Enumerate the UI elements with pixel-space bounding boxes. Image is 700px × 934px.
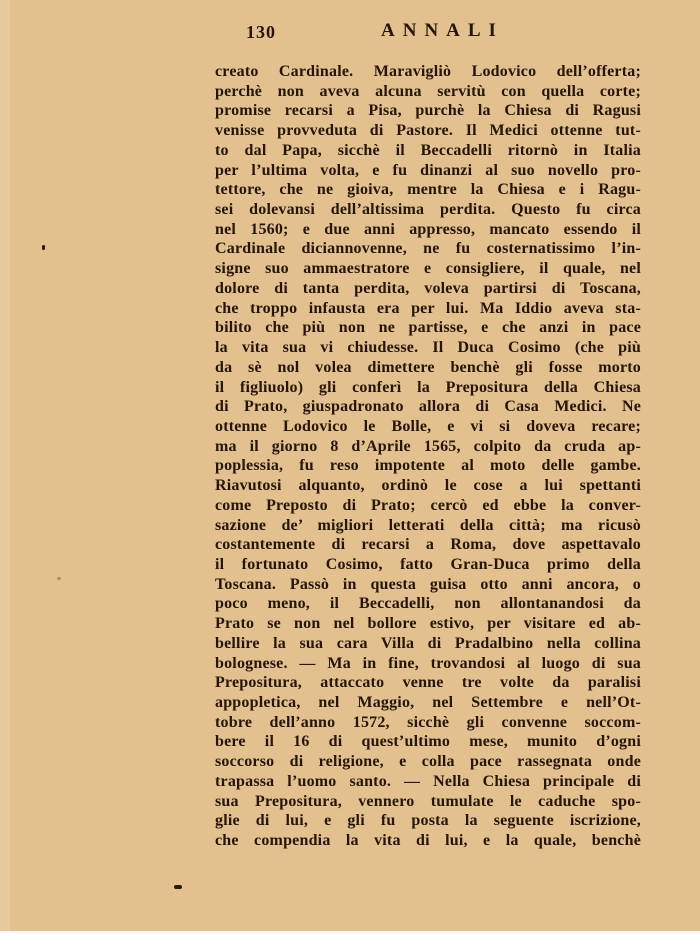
ink-speck [42,245,45,250]
text-line: da sè nol volea dimettere benchè gli fos… [215,358,641,378]
text-line: sei dolevansi dell’altissima perdita. Qu… [215,200,641,220]
text-line: ma il giorno 8 d’Aprile 1565, colpito da… [215,437,641,457]
book-page: 130 ANNALI creato Cardinale. Maravigliò … [0,0,700,934]
text-line: ottenne Lodovico le Bolle, e vi si dovev… [215,417,641,437]
text-line: come Preposto di Prato; cercò ed ebbe la… [215,496,641,516]
text-line: perchè non aveva alcuna servitù con quel… [215,82,641,102]
text-line: che compendia la vita di lui, e la quale… [215,831,641,851]
text-line: signe suo ammaestratore e consigliere, i… [215,259,641,279]
text-line: promise recarsi a Pisa, purchè la Chiesa… [215,101,641,121]
text-line: Toscana. Passò in questa guisa otto anni… [215,575,641,595]
text-line: poplessia, fu reso impotente al moto del… [215,456,641,476]
text-line: sazione de’ migliori letterati della cit… [215,516,641,536]
text-line: il figliuolo) gli conferì la Prepositura… [215,378,641,398]
text-line: glie di lui, e gli fu posta la seguente … [215,811,641,831]
text-line: tobre dell’anno 1572, sicchè gli convenn… [215,713,641,733]
ink-speck [57,577,61,580]
text-line: bolognese. — Ma in fine, trovandosi al l… [215,654,641,674]
text-line: il fortunato Cosimo, fatto Gran-Duca pri… [215,555,641,575]
text-line: venisse provveduta di Pastore. Il Medici… [215,121,641,141]
text-line: sua Prepositura, vennero tumulate le cad… [215,792,641,812]
text-line: soccorso di religione, e colla pace rass… [215,752,641,772]
text-line: creato Cardinale. Maravigliò Lodovico de… [215,62,641,82]
text-line: la vita sua vi chiudesse. Il Duca Cosimo… [215,338,641,358]
text-line: to dal Papa, sicchè il Beccadelli ritorn… [215,141,641,161]
text-line: poco meno, il Beccadelli, non allontanan… [215,594,641,614]
text-line: Riavutosi alquanto, ordinò le cose a lui… [215,476,641,496]
text-line: tettore, che ne gioiva, mentre la Chiesa… [215,180,641,200]
text-line: dolore di tanta perdita, voleva partirsi… [215,279,641,299]
page-number: 130 [246,22,276,43]
running-title: ANNALI [381,20,504,42]
text-line: bellire la sua cara Villa di Pradalbino … [215,634,641,654]
ink-speck [174,885,182,889]
text-line: Prato se non nel bollore estivo, per vis… [215,614,641,634]
text-block: creato Cardinale. Maravigliò Lodovico de… [215,62,641,851]
text-line: costantemente di recarsi a Roma, dove as… [215,535,641,555]
text-line: Cardinale diciannovenne, ne fu costernat… [215,239,641,259]
text-line: bilito che più non ne partisse, e che an… [215,318,641,338]
text-line: che troppo infausta era per lui. Ma Iddi… [215,299,641,319]
text-line: Prepositura, attaccato venne tre volte d… [215,673,641,693]
scan-edge-left [0,0,10,934]
text-line: di Prato, giuspadronato allora di Casa M… [215,397,641,417]
text-line: appopletica, nel Maggio, nel Settembre e… [215,693,641,713]
text-line: bere il 16 di quest’ultimo mese, munito … [215,732,641,752]
text-line: trapassa l’uomo santo. — Nella Chiesa pr… [215,772,641,792]
text-line: per l’ultima volta, e fu dinanzi al suo … [215,161,641,181]
text-line: nel 1560; e due anni appresso, mancato e… [215,220,641,240]
